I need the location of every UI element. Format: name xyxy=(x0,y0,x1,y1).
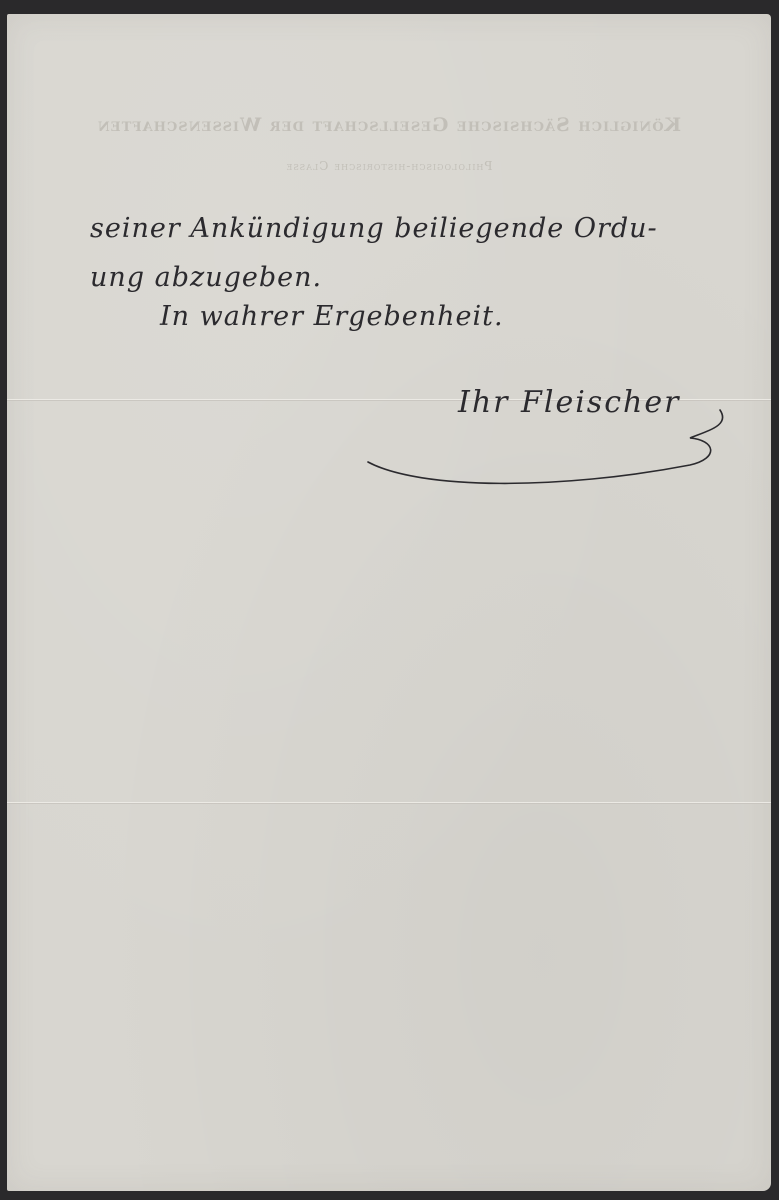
handwritten-line-2: ung abzugeben. xyxy=(90,262,322,293)
handwritten-line-3: In wahrer Ergebenheit. xyxy=(160,301,504,332)
letter-page: Königlich Sächsische Gesellschaft der Wi… xyxy=(7,14,771,1191)
letterhead-bleedthrough-line1: Königlich Sächsische Gesellschaft der Wi… xyxy=(7,114,771,136)
signature-flourish-icon xyxy=(360,380,760,500)
handwritten-line-1: seiner Ankündigung beiliegende Ordu- xyxy=(90,213,658,244)
letterhead-bleedthrough-line2: Philologisch-historische Classe xyxy=(7,159,771,173)
fold-line-lower xyxy=(7,802,771,804)
